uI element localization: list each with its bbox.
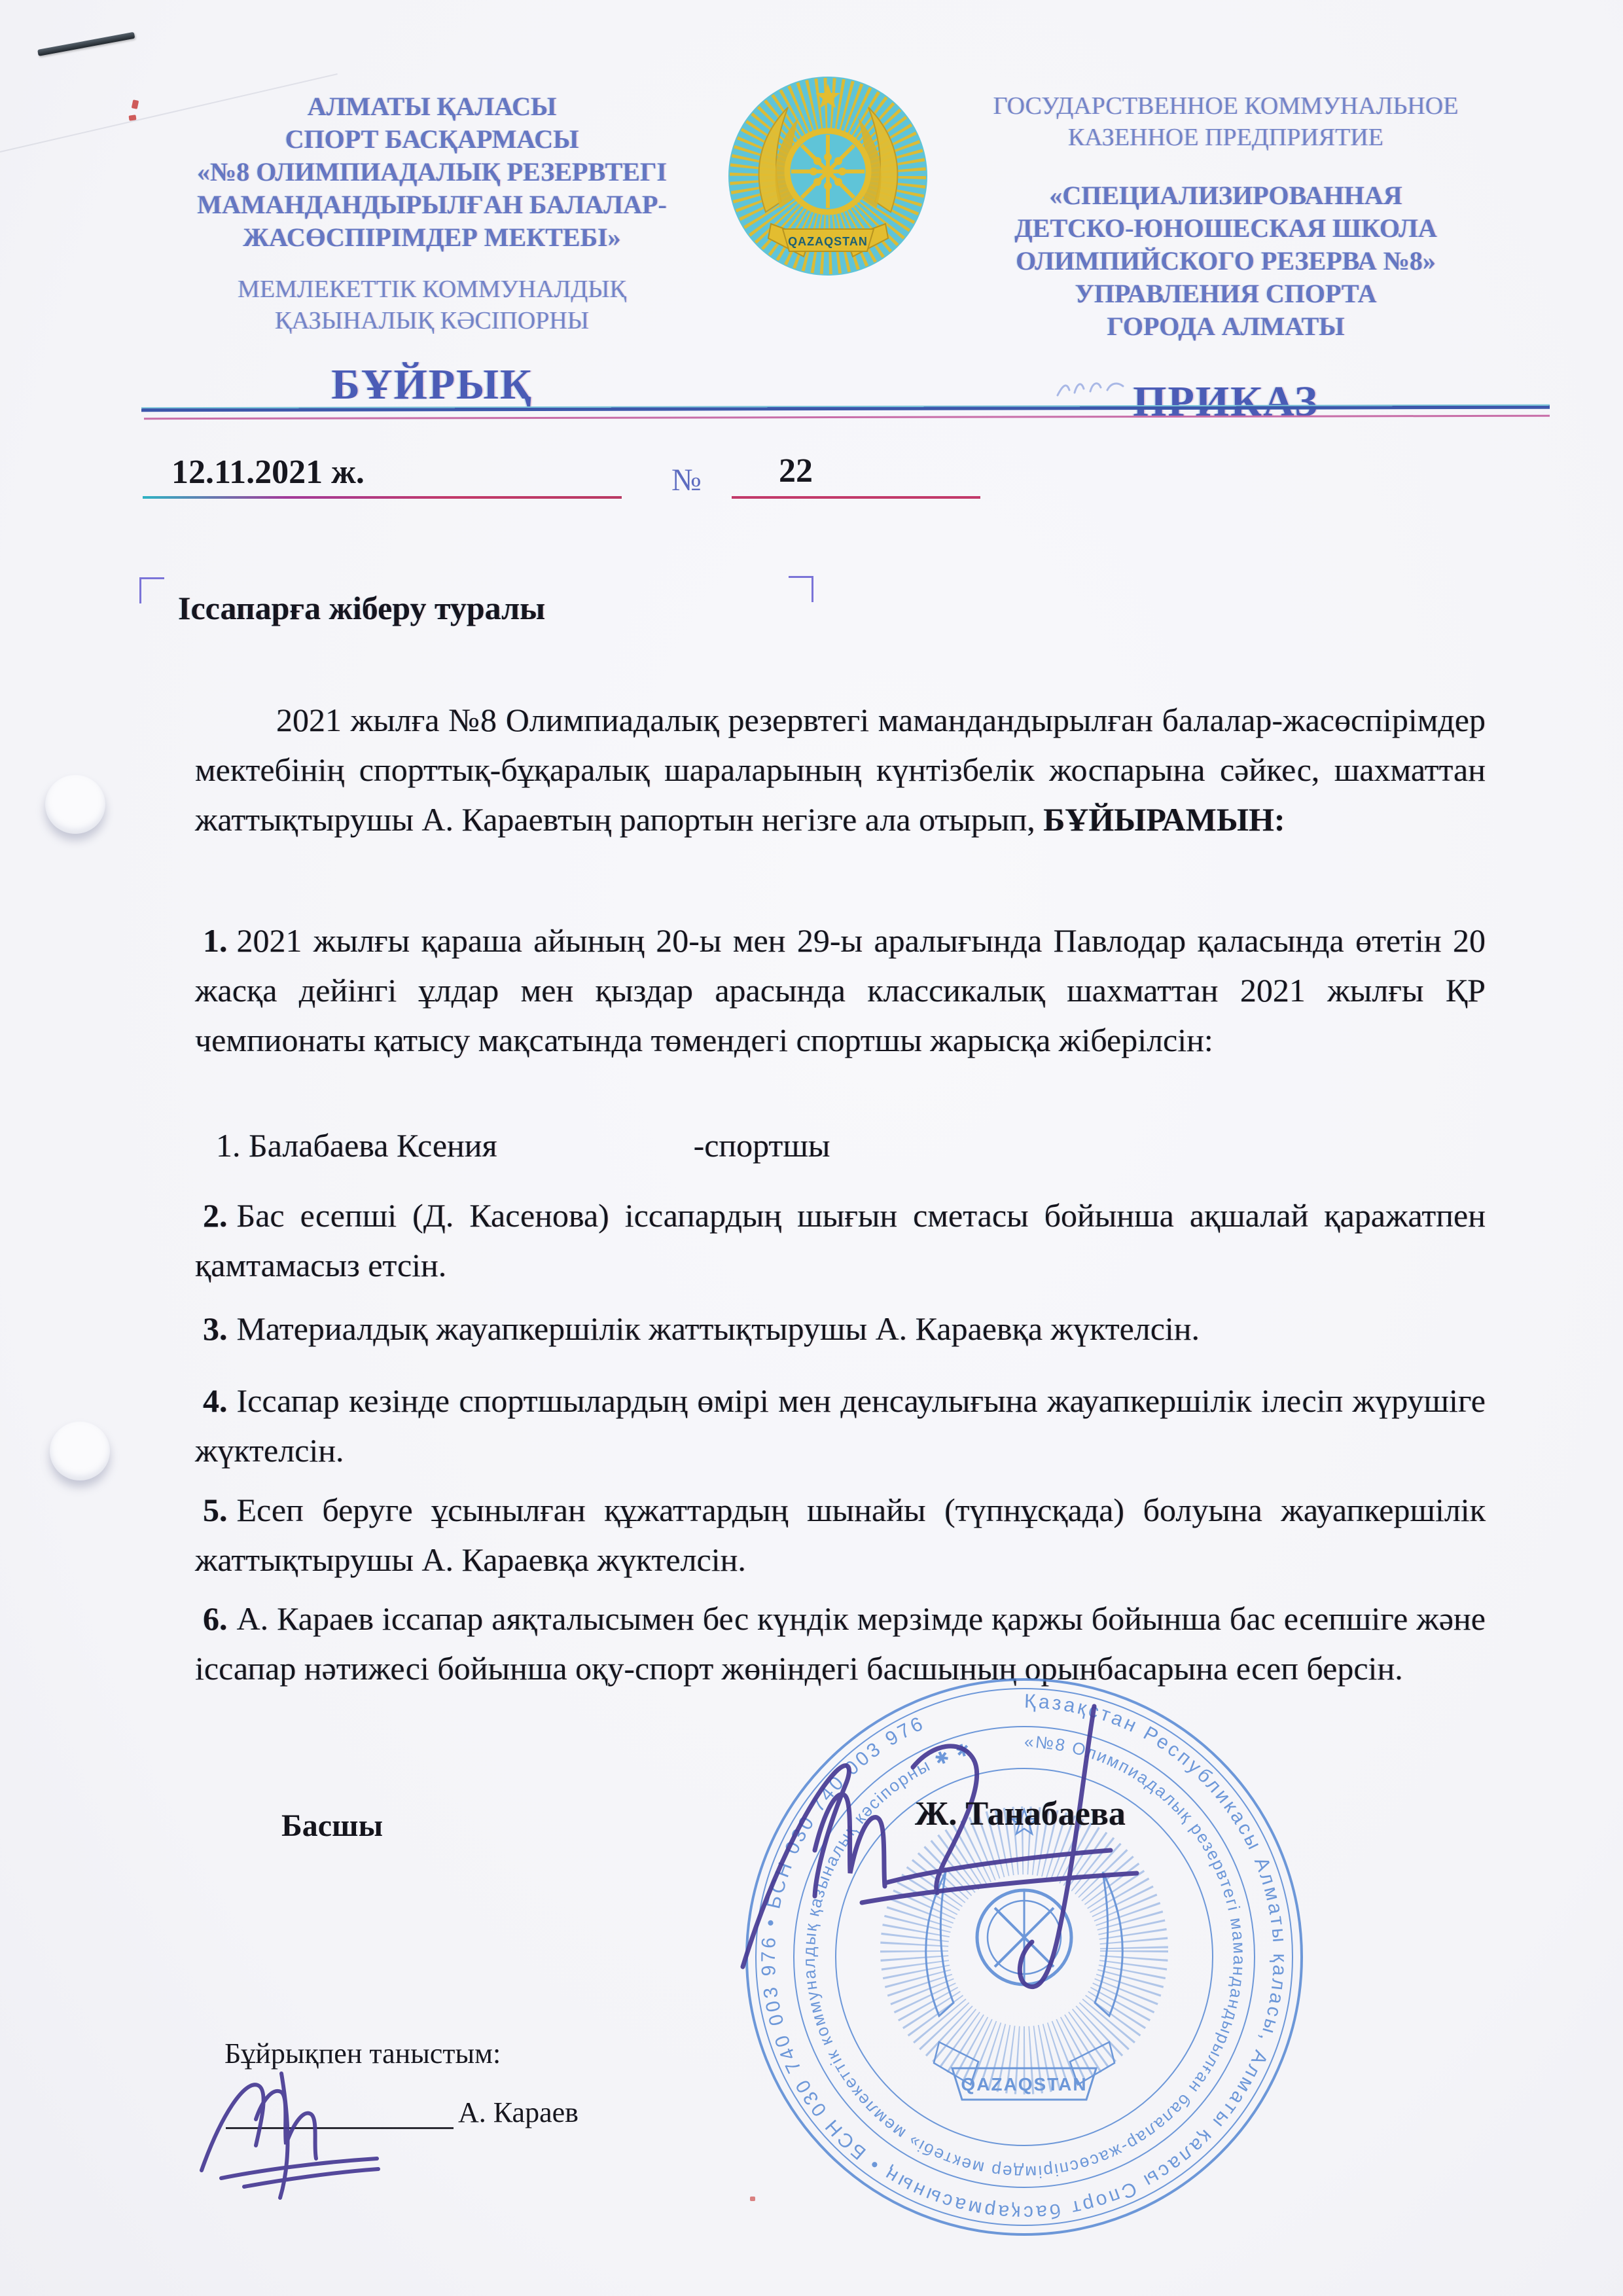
item-number: 2. — [203, 1197, 237, 1234]
item-text: Бас есепші (Д. Касенова) іссапардың шығы… — [195, 1197, 1486, 1283]
org-name-line: «СПЕЦИАЛИЗИРОВАННАЯ — [915, 179, 1537, 212]
org-type-line: МЕМЛЕКЕТТІК КОММУНАЛДЫҚ — [164, 274, 700, 305]
acknowledgement-name: А. Караев — [458, 2096, 579, 2129]
item-number: 6. — [203, 1600, 237, 1637]
intro-emphasis: БҰЙЫРАМЫН: — [1043, 801, 1285, 838]
number-sign: № — [671, 462, 702, 498]
coach-signature — [182, 2059, 398, 2216]
org-type-line: ГОСУДАРСТВЕННОЕ КОММУНАЛЬНОЕ — [915, 90, 1537, 122]
number-underline — [732, 496, 980, 499]
org-name-line: ОЛИМПИЙСКОГО РЕЗЕРВА №8» — [915, 245, 1537, 278]
letterhead-right: ГОСУДАРСТВЕННОЕ КОММУНАЛЬНОЕ КАЗЕННОЕ ПР… — [915, 90, 1537, 427]
order-item: 2.Бас есепші (Д. Касенова) іссапардың шы… — [195, 1191, 1486, 1290]
intro-text: 2021 жылға №8 Олимпиадалық резервтегі ма… — [195, 702, 1486, 838]
org-name-line: СПОРТ БАСҚАРМАСЫ — [164, 123, 700, 156]
staple-mark — [37, 32, 135, 56]
item-number: 1. — [203, 922, 237, 959]
athlete-role: -спортшы — [694, 1121, 830, 1170]
director-signature — [717, 1685, 1175, 2013]
hole-punch — [50, 1422, 110, 1480]
item-text: А. Караев іссапар аяқталысымен бес күнді… — [195, 1600, 1486, 1687]
kazakhstan-state-emblem: QAZAQSTAN — [725, 73, 931, 279]
letterhead-left: АЛМАТЫ ҚАЛАСЫ СПОРТ БАСҚАРМАСЫ «№8 ОЛИМП… — [164, 90, 700, 410]
athlete-line: 1. Балабаева Ксения-спортшы — [195, 1121, 1486, 1170]
order-item: 5.Есеп беруге ұсынылған құжаттардың шына… — [195, 1485, 1486, 1585]
org-name-line: ЖАСӨСПІРІМДЕР МЕКТЕБІ» — [164, 221, 700, 254]
red-ink-speck — [128, 115, 136, 120]
subject-line: Іссапарға жіберу туралы — [178, 589, 545, 627]
signer-role: Басшы — [281, 1808, 383, 1844]
item-number: 5. — [203, 1492, 237, 1528]
corner-mark-right — [789, 576, 813, 602]
red-ink-speck — [132, 99, 139, 109]
org-name-line: ГОРОДА АЛМАТЫ — [915, 310, 1537, 343]
signer-name: Ж. Танабаева — [915, 1795, 1126, 1833]
intro-paragraph: 2021 жылға №8 Олимпиадалық резервтегі ма… — [195, 695, 1486, 844]
item-text: Материалдық жауапкершілік жаттықтырушы А… — [237, 1310, 1200, 1347]
order-item: 3.Материалдық жауапкершілік жаттықтырушы… — [195, 1304, 1486, 1354]
order-date: 12.11.2021 ж. — [171, 453, 365, 492]
item-text: Есеп беруге ұсынылған құжаттардың шынайы… — [195, 1492, 1486, 1578]
corner-mark-left — [139, 577, 164, 603]
item-text: Іссапар кезінде спортшылардың өмірі мен … — [195, 1382, 1486, 1469]
emblem-banner-text: QAZAQSTAN — [788, 235, 868, 248]
order-item: 4.Іссапар кезінде спортшылардың өмірі ме… — [195, 1376, 1486, 1475]
org-name-line: АЛМАТЫ ҚАЛАСЫ — [164, 90, 700, 123]
scanned-order-document: АЛМАТЫ ҚАЛАСЫ СПОРТ БАСҚАРМАСЫ «№8 ОЛИМП… — [0, 0, 1623, 2296]
document-title-kk: БҰЙРЫҚ — [164, 360, 700, 410]
item-number: 4. — [203, 1382, 237, 1419]
order-number: 22 — [779, 452, 813, 490]
document-title-ru: ПРИКАЗ — [915, 377, 1537, 427]
org-name-line: ДЕТСКО-ЮНОШЕСКАЯ ШКОЛА — [915, 212, 1537, 245]
stamp-center-text: QAZAQSTAN — [961, 2074, 1087, 2094]
hole-punch — [45, 775, 105, 834]
org-name-line: УПРАВЛЕНИЯ СПОРТА — [915, 278, 1537, 310]
item-text: 2021 жылғы қараша айының 20-ы мен 29-ы а… — [195, 922, 1486, 1058]
order-item: 1.2021 жылғы қараша айының 20-ы мен 29-ы… — [195, 916, 1486, 1065]
org-name-line: «№8 ОЛИМПИАДАЛЫҚ РЕЗЕРВТЕГІ — [164, 156, 700, 188]
org-type-line: КАЗЕННОЕ ПРЕДПРИЯТИЕ — [915, 122, 1537, 153]
athlete-name: 1. Балабаева Ксения — [216, 1121, 497, 1170]
org-name-line: МАМАНДАНДЫРЫЛҒАН БАЛАЛАР- — [164, 188, 700, 221]
item-number: 3. — [203, 1310, 237, 1347]
date-underline — [143, 496, 622, 499]
org-type-line: ҚАЗЫНАЛЫҚ КӘСІПОРНЫ — [164, 305, 700, 336]
